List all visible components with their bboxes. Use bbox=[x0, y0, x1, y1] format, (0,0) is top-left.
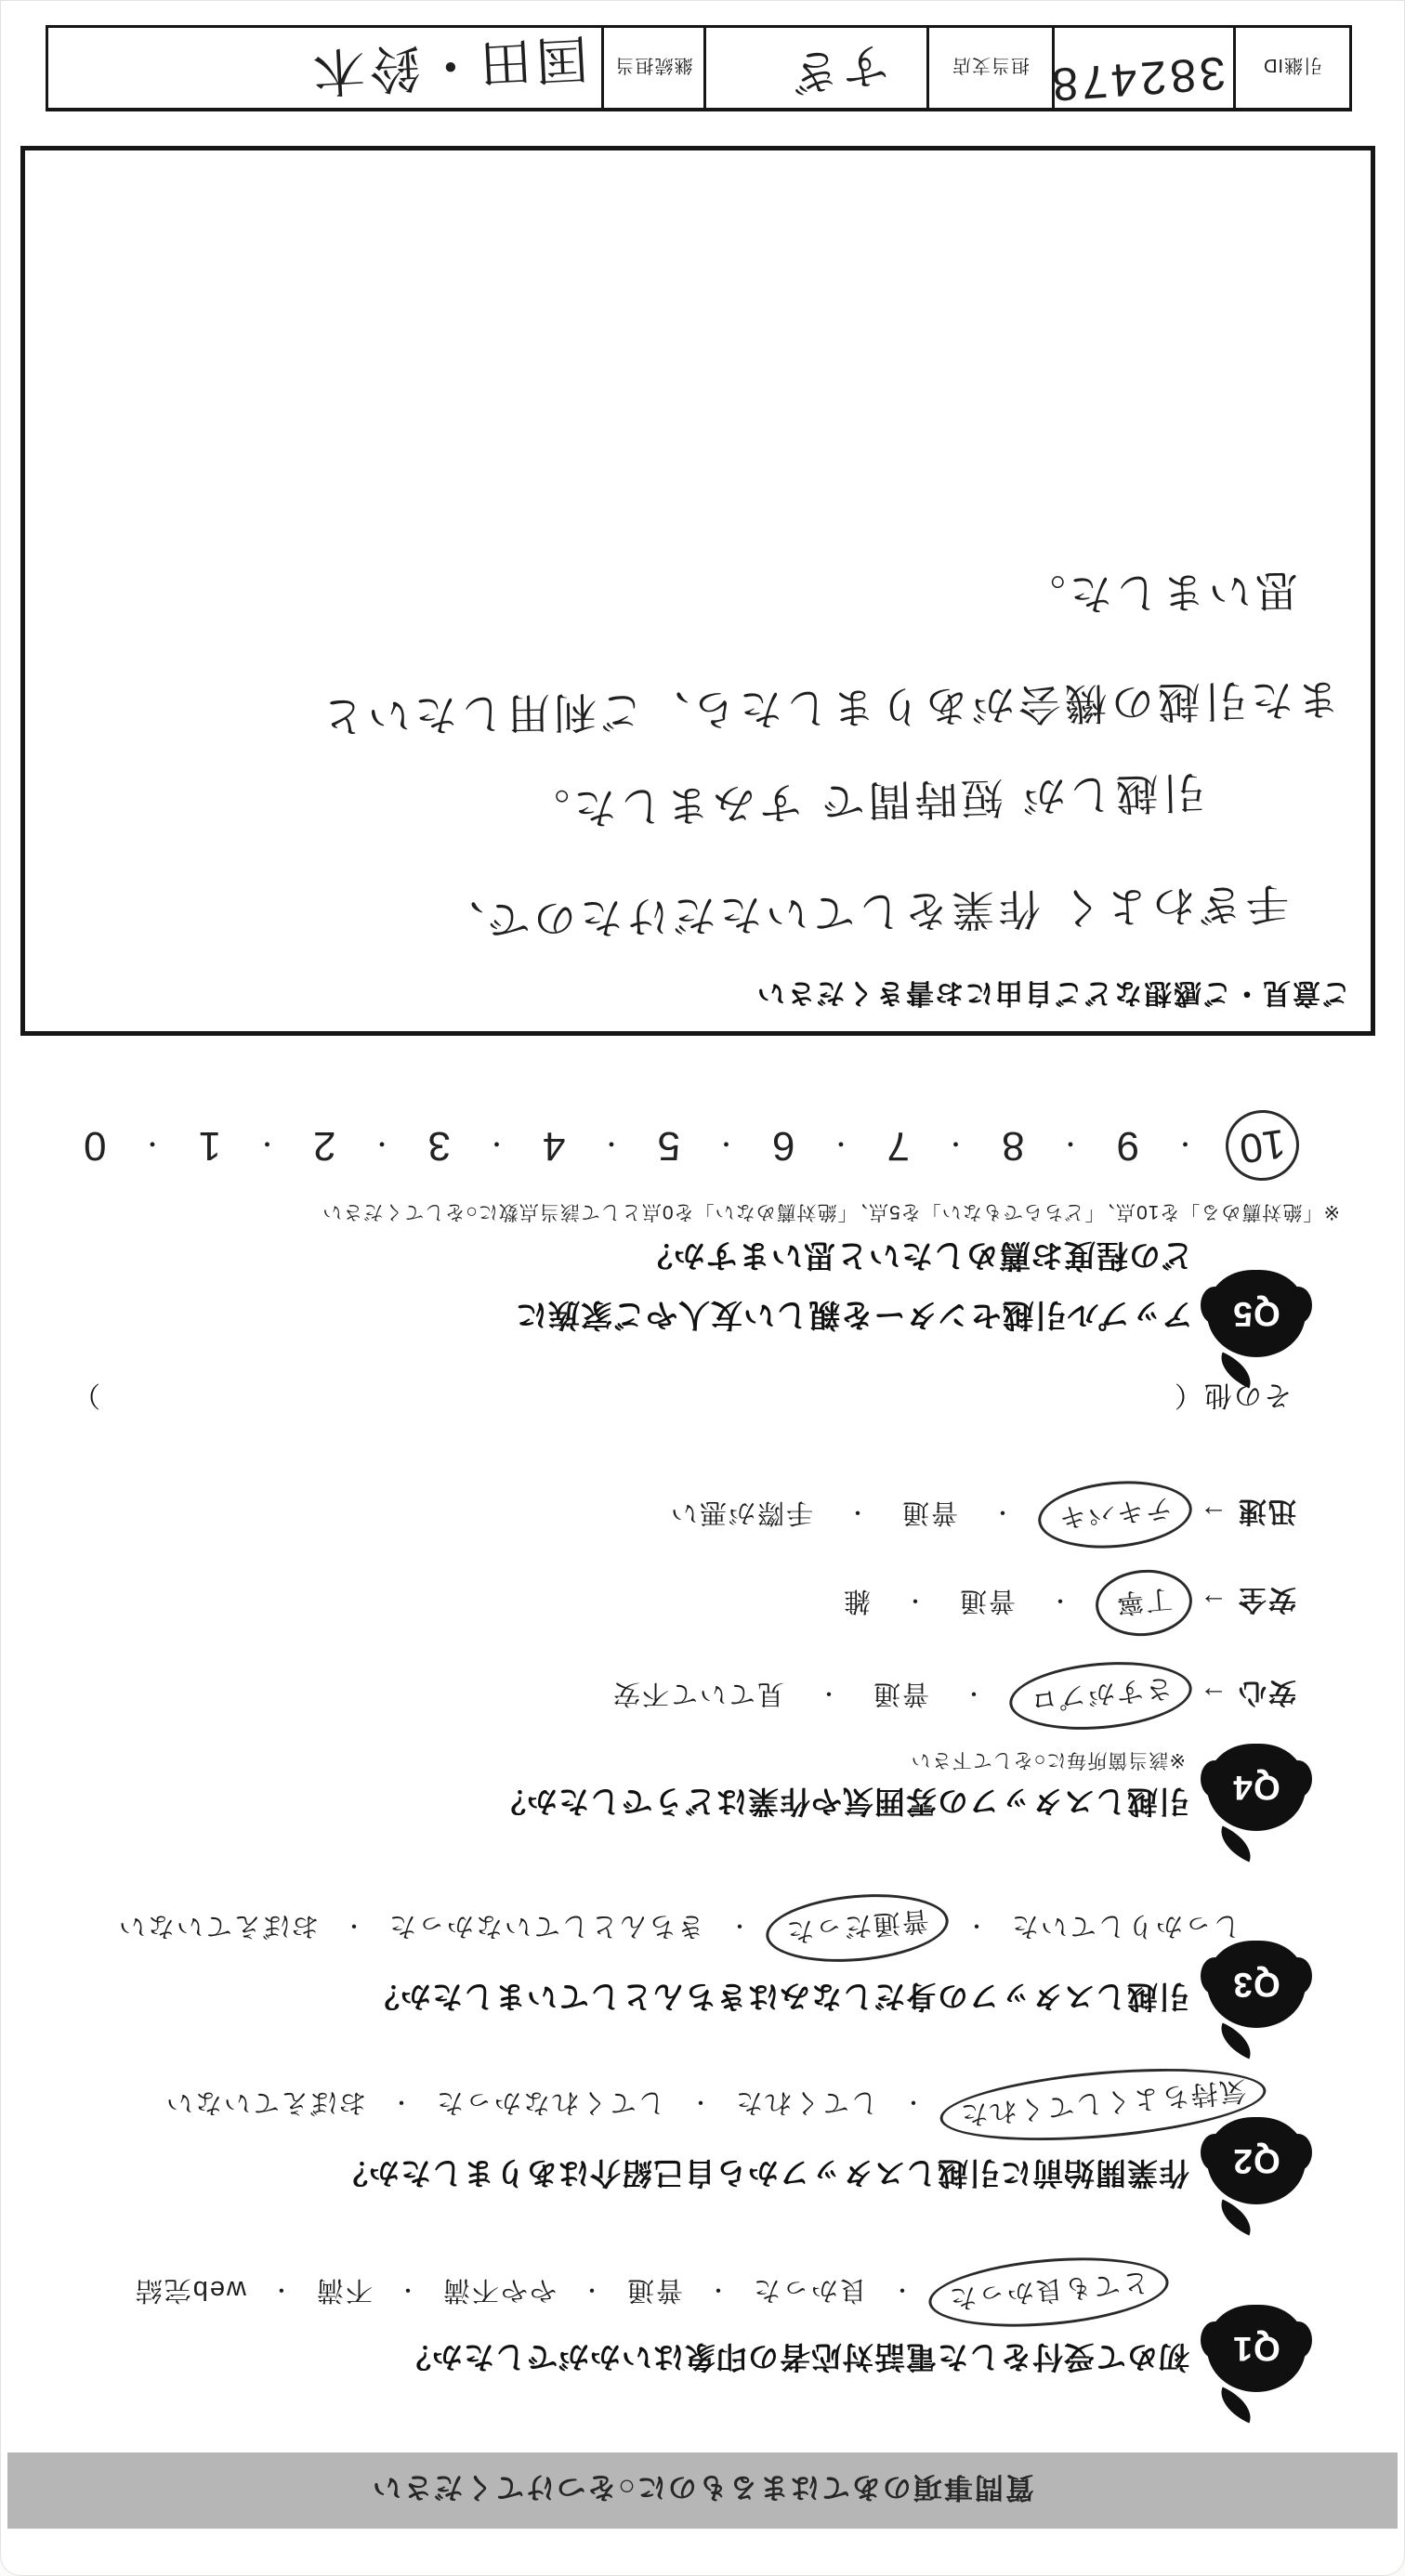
q4-row-anshin: 安心 → さすがプロ・普通・見ていて不安 bbox=[611, 1674, 1296, 1718]
handwritten-handover-id: 382478 bbox=[1046, 46, 1227, 111]
comment-box: ご意見・ご感想などご自由にお書きください 手ぎわよく 作業をしていただけたので、… bbox=[20, 146, 1375, 1036]
q5-apple-badge: Q5 bbox=[1207, 1272, 1306, 1368]
option: 良かった bbox=[752, 2273, 867, 2311]
apple-leaf-icon bbox=[1214, 2199, 1258, 2235]
option: 普通 bbox=[900, 1496, 958, 1534]
q4-badge-label: Q4 bbox=[1207, 1744, 1306, 1831]
q3-question-text: 引越しスタッフの身だしなみはきちんとしていましたか？ bbox=[368, 1977, 1189, 2020]
scanned-survey-page: 質問事項のあてはまるものに○をつけてください Q1 初めて受付をした電話対応者の… bbox=[0, 0, 1405, 2576]
q4-row-label: 安心 bbox=[1237, 1676, 1296, 1717]
apple-leaf-icon bbox=[1214, 1825, 1258, 1862]
continuing-staff-value-cell: 国田・鈴木 bbox=[48, 28, 601, 108]
continuing-staff-label: 継続担当 bbox=[615, 55, 693, 82]
q1-badge-label: Q1 bbox=[1207, 2305, 1306, 2392]
separator-dot: ・ bbox=[599, 1129, 624, 1163]
q3-apple-badge: Q3 bbox=[1207, 1942, 1306, 2039]
q5-question-line1: アップル引越センターを親しい友人やご家族に bbox=[515, 1295, 1193, 1340]
separator-dot: ・ bbox=[388, 2088, 413, 2121]
arrow-icon: → bbox=[1198, 1588, 1228, 1619]
q5-badge-label: Q5 bbox=[1207, 1270, 1306, 1357]
handwritten-staff-name: 国田・鈴木 bbox=[308, 24, 590, 113]
separator-dot: ・ bbox=[727, 1912, 751, 1944]
separator-dot: ・ bbox=[715, 1129, 739, 1163]
option-pen-circled: 10 bbox=[1221, 1105, 1304, 1185]
arrow-icon: → bbox=[1198, 1499, 1228, 1531]
option: してくれなかった bbox=[435, 2086, 665, 2124]
separator-dot: ・ bbox=[829, 1129, 853, 1163]
handover-id-value-cell: 382478 bbox=[1052, 28, 1233, 108]
q1-apple-badge: Q1 bbox=[1207, 2307, 1306, 2403]
q3-options-row: しっかりしていた・普通だった・きちんとしていなかった・おぼえていない bbox=[117, 1906, 1241, 1950]
handwritten-comment-line: また引越の機会がありましたら、ご利用したいと bbox=[318, 671, 1341, 750]
option: おぼえていない bbox=[164, 2086, 366, 2124]
q4-apple-badge: Q4 bbox=[1207, 1746, 1306, 1842]
q4-other-field-close: ） bbox=[72, 1378, 100, 1419]
option: しっかりしていた bbox=[1010, 1909, 1241, 1947]
option: 見ていて不安 bbox=[611, 1677, 784, 1715]
q2-badge-label: Q2 bbox=[1207, 2117, 1306, 2204]
option: 4 bbox=[543, 1122, 565, 1169]
separator-dot: ・ bbox=[990, 1498, 1014, 1531]
comment-box-header: ご意見・ご感想などご自由にお書きください bbox=[755, 975, 1350, 1016]
separator-dot: ・ bbox=[705, 2276, 729, 2308]
branch-label-cell: 担当支店 bbox=[926, 28, 1052, 108]
q4-row-label: 迅速 bbox=[1237, 1495, 1296, 1536]
staff-info-table: 引継ID 382478 担当支店 すぎ 継続担当 国田・鈴木 bbox=[46, 25, 1352, 111]
q2-apple-badge: Q2 bbox=[1207, 2119, 1306, 2216]
option: 手際が悪い bbox=[669, 1496, 813, 1534]
branch-label: 担当支店 bbox=[952, 55, 1030, 82]
separator-dot: ・ bbox=[140, 1129, 164, 1163]
separator-dot: ・ bbox=[961, 1680, 985, 1712]
separator-dot: ・ bbox=[944, 1129, 968, 1163]
separator-dot: ・ bbox=[579, 2276, 603, 2308]
separator-dot: ・ bbox=[688, 2088, 712, 2121]
option: 不満 bbox=[315, 2273, 373, 2311]
q2-options-row: 気持ちよくしてくれた・してくれた・してくれなかった・おぼえていない bbox=[164, 2083, 1259, 2126]
option: やや不満 bbox=[441, 2273, 557, 2311]
q2-question-text: 作業開始前に引越しスタッフから自己紹介はありましたか？ bbox=[336, 2153, 1189, 2197]
handwritten-comment-line: 引越しが 短時間で すみました。 bbox=[523, 764, 1206, 843]
handover-id-label: 引継ID bbox=[1263, 55, 1322, 82]
q4-row-options: さすがプロ・普通・見ていて不安 bbox=[611, 1674, 1185, 1718]
form-title: 質問事項のあてはまるものに○をつけてください bbox=[371, 2470, 1034, 2512]
handwritten-comment-line: 手ぎわよく 作業をしていただけたので、 bbox=[438, 875, 1290, 954]
separator-dot: ・ bbox=[370, 1129, 394, 1163]
option: 2 bbox=[313, 1122, 335, 1169]
q5-note: ※「絶対薦める」を10点、「どちらでもない」を5点、「絶対薦めない」を0点として… bbox=[322, 1199, 1340, 1227]
q4-other-field-label: その他（ bbox=[1173, 1378, 1292, 1419]
separator-dot: ・ bbox=[816, 1680, 840, 1712]
option: 8 bbox=[1002, 1122, 1024, 1169]
paper-sheet-rotated-180: 質問事項のあてはまるものに○をつけてください Q1 初めて受付をした電話対応者の… bbox=[0, 0, 1405, 2576]
separator-dot: ・ bbox=[269, 2276, 293, 2308]
recommendation-scale: 10・9・8・7・6・5・4・3・2・1・0 bbox=[84, 1119, 1293, 1171]
continuing-staff-label-cell: 継続担当 bbox=[601, 28, 703, 108]
q4-row-options: 丁寧・普通・雑 bbox=[842, 1581, 1185, 1625]
q4-row-jinsoku: 迅速 → テキパキ・普通・手際が悪い bbox=[669, 1493, 1296, 1536]
separator-dot: ・ bbox=[1174, 1129, 1198, 1163]
q5-question-line2: どの程度お薦めしたいと思いますか？ bbox=[640, 1236, 1193, 1281]
apple-leaf-icon bbox=[1214, 2022, 1258, 2059]
option-pen-circled: 普通だった bbox=[763, 1888, 951, 1969]
option-pen-circled: テキパキ bbox=[1035, 1475, 1195, 1554]
separator-dot: ・ bbox=[1058, 1129, 1083, 1163]
option: web完結 bbox=[134, 2273, 246, 2311]
option: おぼえていない bbox=[117, 1909, 319, 1947]
handwritten-branch: すぎ bbox=[786, 34, 893, 111]
option: 9 bbox=[1117, 1122, 1139, 1169]
q3-badge-label: Q3 bbox=[1207, 1941, 1306, 2028]
handwritten-comment-line: 思いました。 bbox=[1018, 562, 1298, 628]
separator-dot: ・ bbox=[1047, 1587, 1071, 1619]
option: 6 bbox=[772, 1122, 794, 1169]
q4-note: ※該当箇所毎に○をして下さい bbox=[911, 1747, 1186, 1775]
separator-dot: ・ bbox=[900, 2088, 925, 2121]
option: 普通 bbox=[958, 1584, 1016, 1622]
handover-id-label-cell: 引継ID bbox=[1233, 28, 1349, 108]
option: してくれた bbox=[734, 2086, 878, 2124]
option: 0 bbox=[84, 1122, 106, 1169]
separator-dot: ・ bbox=[889, 2276, 913, 2308]
option: 普通 bbox=[872, 1677, 929, 1715]
option: 7 bbox=[887, 1122, 910, 1169]
branch-value-cell: すぎ bbox=[703, 28, 926, 108]
option: 雑 bbox=[842, 1584, 871, 1622]
q4-row-label: 安全 bbox=[1237, 1583, 1296, 1624]
option: 普通 bbox=[625, 2273, 683, 2311]
form-title-bar: 質問事項のあてはまるものに○をつけてください bbox=[7, 2452, 1398, 2529]
separator-dot: ・ bbox=[395, 2276, 419, 2308]
option: 3 bbox=[428, 1122, 451, 1169]
separator-dot: ・ bbox=[256, 1129, 280, 1163]
option: 5 bbox=[658, 1122, 680, 1169]
q1-options-row: とても良かった・良かった・普通・やや不満・不満・web完結 bbox=[134, 2270, 1162, 2314]
apple-leaf-icon bbox=[1214, 2386, 1258, 2423]
q4-row-anzen: 安全 → 丁寧・普通・雑 bbox=[842, 1581, 1296, 1625]
option-pen-circled: さすがプロ bbox=[1006, 1655, 1194, 1737]
q4-question-text: 引越しスタッフの雰囲気や作業はどうでしたか？ bbox=[494, 1782, 1189, 1825]
separator-dot: ・ bbox=[341, 1912, 365, 1944]
option: きちんとしていなかった bbox=[387, 1909, 704, 1947]
arrow-icon: → bbox=[1198, 1680, 1228, 1712]
separator-dot: ・ bbox=[485, 1129, 509, 1163]
q1-question-text: 初めて受付をした電話対応者の印象はいかがでしたか？ bbox=[400, 2337, 1189, 2381]
q4-row-options: テキパキ・普通・手際が悪い bbox=[669, 1493, 1185, 1536]
separator-dot: ・ bbox=[964, 1912, 988, 1944]
separator-dot: ・ bbox=[845, 1498, 869, 1531]
option-pen-circled: 丁寧 bbox=[1093, 1566, 1195, 1641]
option-pen-circled: とても良かった bbox=[926, 2249, 1171, 2335]
separator-dot: ・ bbox=[902, 1587, 926, 1619]
option: 1 bbox=[199, 1122, 221, 1169]
